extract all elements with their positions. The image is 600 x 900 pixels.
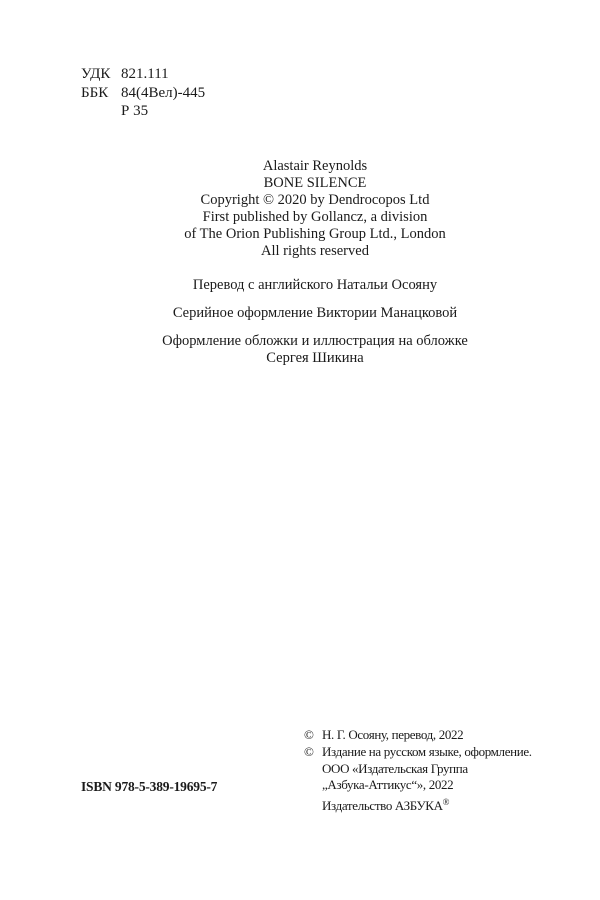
indent: [304, 794, 322, 815]
rights-notices: © Н. Г. Осояну, перевод, 2022 © Издание …: [304, 727, 532, 815]
copyright-icon: ©: [304, 727, 322, 744]
edition-line-4: Издательство АЗБУКА: [322, 798, 443, 813]
indent: [304, 761, 322, 778]
translation-copyright-text: Н. Г. Осояну, перевод, 2022: [322, 727, 463, 744]
author-mark-label: [81, 102, 121, 121]
edition-copyright-text: Издание на русском языке, оформление.: [322, 744, 532, 761]
cover-design-line-1: Оформление обложки и иллюстрация на обло…: [110, 333, 520, 350]
edition-line-3: „Азбука-Аттикус“», 2022: [322, 777, 453, 794]
cover-design-credit: Оформление обложки и иллюстрация на обло…: [110, 333, 520, 367]
classification-codes: УДК 821.111 ББК 84(4Вел)-445 Р 35: [81, 65, 205, 121]
publisher-line-2: of The Orion Publishing Group Ltd., Lond…: [110, 226, 520, 243]
publisher-name: Издательство АЗБУКА®: [322, 794, 450, 815]
copyright-page: УДК 821.111 ББК 84(4Вел)-445 Р 35 Alasta…: [0, 0, 600, 900]
edition-line-2: ООО «Издательская Группа: [322, 761, 468, 778]
cover-design-line-2: Сергея Шикина: [110, 350, 520, 367]
bbk-value: 84(4Вел)-445: [121, 84, 205, 103]
bbk-row: ББК 84(4Вел)-445: [81, 84, 205, 103]
copyright-icon: ©: [304, 744, 322, 761]
translator-credit: Перевод с английского Натальи Осояну: [110, 277, 520, 294]
series-design-credit: Серийное оформление Виктории Манацковой: [110, 305, 520, 322]
edition-copyright: © Издание на русском языке, оформление.: [304, 744, 532, 761]
author-mark-value: Р 35: [121, 102, 148, 121]
udk-row: УДК 821.111: [81, 65, 205, 84]
publisher-line-1: First published by Gollancz, a division: [110, 209, 520, 226]
book-title: BONE SILENCE: [110, 175, 520, 192]
author-name: Alastair Reynolds: [110, 158, 520, 175]
translation-copyright: © Н. Г. Осояну, перевод, 2022: [304, 727, 532, 744]
registered-mark-icon: ®: [443, 797, 450, 807]
author-mark-row: Р 35: [81, 102, 205, 121]
edition-line-3-row: „Азбука-Аттикус“», 2022: [304, 777, 532, 794]
edition-line-4-row: Издательство АЗБУКА®: [304, 794, 532, 815]
edition-line-2-row: ООО «Издательская Группа: [304, 761, 532, 778]
indent: [304, 777, 322, 794]
bbk-label: ББК: [81, 84, 121, 103]
udk-value: 821.111: [121, 65, 169, 84]
original-credits: Alastair Reynolds BONE SILENCE Copyright…: [110, 158, 520, 260]
copyright-line: Copyright © 2020 by Dendrocopos Ltd: [110, 192, 520, 209]
isbn: ISBN 978-5-389-19695-7: [81, 779, 217, 795]
udk-label: УДК: [81, 65, 121, 84]
rights-reserved: All rights reserved: [110, 243, 520, 260]
